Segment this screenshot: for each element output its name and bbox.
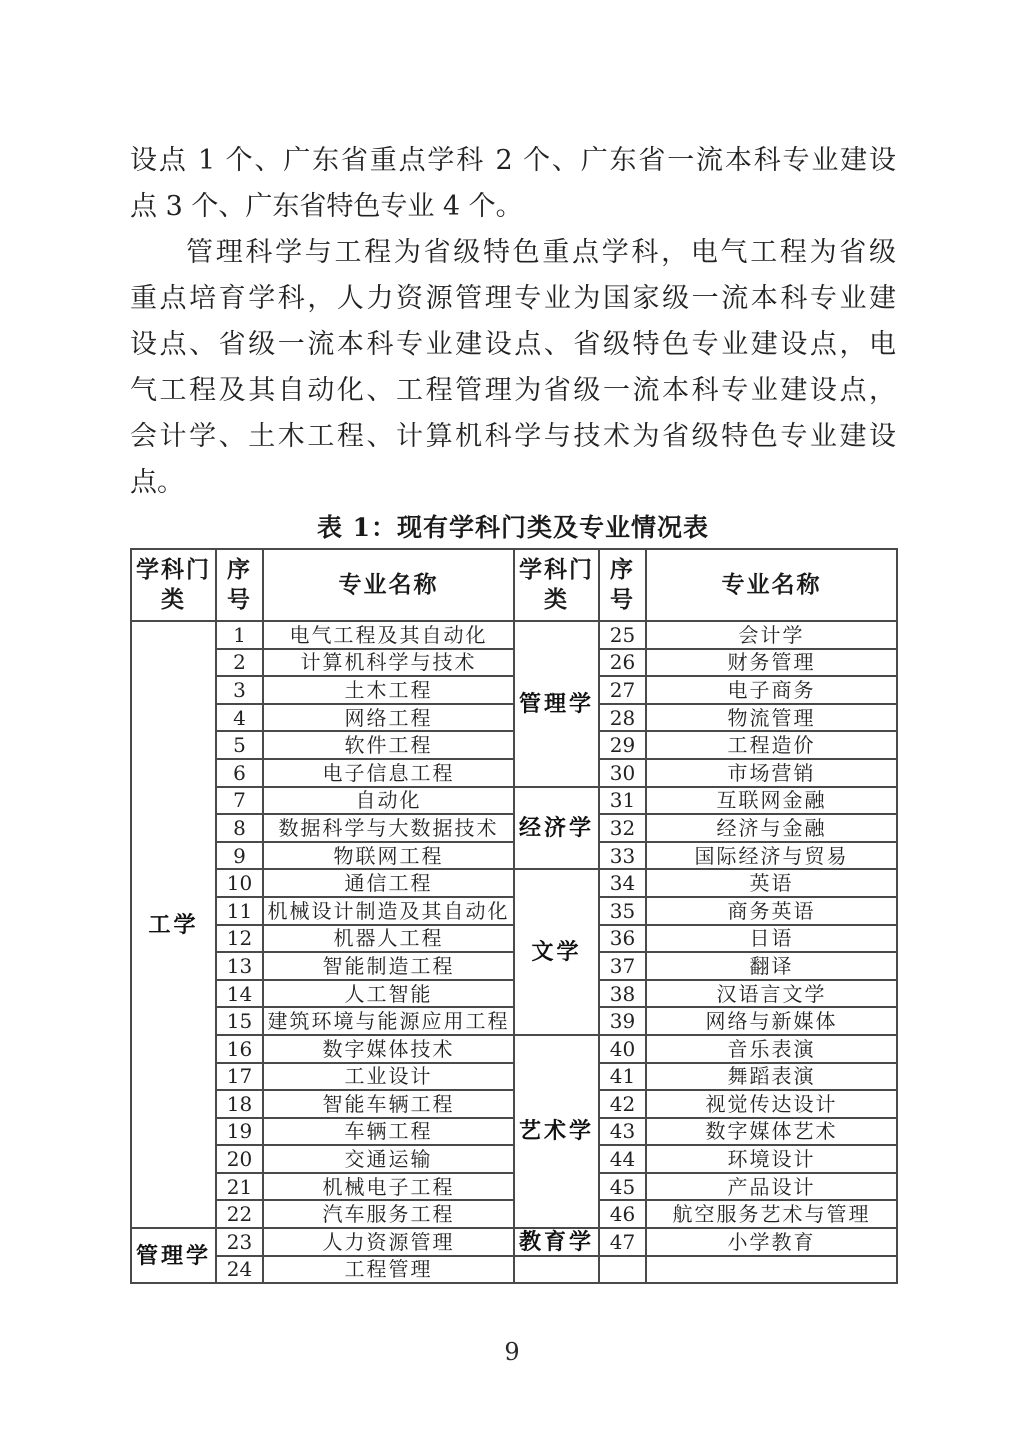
- major-name-cell: 汉语言文学: [646, 980, 897, 1008]
- major-name-cell: 计算机科学与技术: [263, 649, 514, 677]
- major-name-cell: 互联网金融: [646, 787, 897, 815]
- major-name-cell: 土木工程: [263, 676, 514, 704]
- body-paragraphs: 设点 1 个、广东省重点学科 2 个、广东省一流本科专业建设点 3 个、广东省特…: [130, 138, 896, 506]
- major-name-cell: 视觉传达设计: [646, 1090, 897, 1118]
- paragraph-line: 重点培育学科，人力资源管理专业为国家级一流本科专业建: [130, 276, 896, 322]
- discipline-category-cell: 管理学: [131, 1228, 216, 1283]
- document-page: 设点 1 个、广东省重点学科 2 个、广东省一流本科专业建设点 3 个、广东省特…: [0, 0, 1024, 1448]
- paragraph-line: 设点 1 个、广东省重点学科 2 个、广东省一流本科专业建设: [130, 138, 896, 184]
- paragraph: 设点 1 个、广东省重点学科 2 个、广东省一流本科专业建设点 3 个、广东省特…: [130, 138, 896, 230]
- major-number-cell: 20: [216, 1145, 263, 1173]
- major-number-cell: 34: [599, 869, 646, 897]
- major-number-cell: 19: [216, 1118, 263, 1146]
- major-number-cell: 13: [216, 952, 263, 980]
- major-name-cell: 网络与新媒体: [646, 1007, 897, 1035]
- paragraph-line: 点 3 个、广东省特色专业 4 个。: [130, 184, 896, 230]
- major-name-cell: 数字媒体艺术: [646, 1118, 897, 1146]
- major-number-cell: 10: [216, 869, 263, 897]
- major-name-cell: 环境设计: [646, 1145, 897, 1173]
- major-number-cell: 7: [216, 787, 263, 815]
- major-number-cell: 9: [216, 842, 263, 870]
- major-name-cell: 工程管理: [263, 1256, 514, 1284]
- discipline-category-cell: 管理学: [514, 621, 599, 787]
- major-number-cell: 14: [216, 980, 263, 1008]
- header-cell: 学科门类: [514, 549, 599, 621]
- major-number-cell: 29: [599, 731, 646, 759]
- major-number-cell: 31: [599, 787, 646, 815]
- major-number-cell: 12: [216, 925, 263, 953]
- major-number-cell: 21: [216, 1173, 263, 1201]
- header-cell: 序号: [599, 549, 646, 621]
- major-number-cell: 8: [216, 814, 263, 842]
- major-number-cell: 16: [216, 1035, 263, 1063]
- major-number-cell: 37: [599, 952, 646, 980]
- major-name-cell: 商务英语: [646, 897, 897, 925]
- table-title: 表 1：现有学科门类及专业情况表: [130, 510, 896, 546]
- major-name-cell: 建筑环境与能源应用工程: [263, 1007, 514, 1035]
- table-row: 工学1电气工程及其自动化管理学25会计学: [131, 621, 897, 649]
- major-name-cell: 市场营销: [646, 759, 897, 787]
- major-name-cell: 音乐表演: [646, 1035, 897, 1063]
- major-name-cell: 人力资源管理: [263, 1228, 514, 1256]
- major-number-cell: 15: [216, 1007, 263, 1035]
- major-number-cell: 41: [599, 1063, 646, 1091]
- major-number-cell: 5: [216, 731, 263, 759]
- discipline-category-cell: [514, 1256, 599, 1284]
- major-name-cell: 经济与金融: [646, 814, 897, 842]
- major-name-cell: 智能车辆工程: [263, 1090, 514, 1118]
- header-cell: 专业名称: [646, 549, 897, 621]
- major-name-cell: 电子商务: [646, 676, 897, 704]
- discipline-category-cell: 教育学: [514, 1228, 599, 1256]
- major-number-cell: 27: [599, 676, 646, 704]
- major-name-cell: 自动化: [263, 787, 514, 815]
- major-name-cell: 工程造价: [646, 731, 897, 759]
- major-number-cell: 2: [216, 649, 263, 677]
- major-number-cell: 36: [599, 925, 646, 953]
- major-number-cell: 44: [599, 1145, 646, 1173]
- major-name-cell: 翻译: [646, 952, 897, 980]
- major-name-cell: 网络工程: [263, 704, 514, 732]
- table-row: 管理学23人力资源管理教育学47小学教育: [131, 1228, 897, 1256]
- major-number-cell: 25: [599, 621, 646, 649]
- major-number-cell: 18: [216, 1090, 263, 1118]
- paragraph-line: 气工程及其自动化、工程管理为省级一流本科专业建设点，: [130, 368, 896, 414]
- major-number-cell: 4: [216, 704, 263, 732]
- major-number-cell: 32: [599, 814, 646, 842]
- major-name-cell: 数字媒体技术: [263, 1035, 514, 1063]
- major-number-cell: 28: [599, 704, 646, 732]
- header-cell: 序号: [216, 549, 263, 621]
- major-name-cell: 小学教育: [646, 1228, 897, 1256]
- major-name-cell: 软件工程: [263, 731, 514, 759]
- page-content: 设点 1 个、广东省重点学科 2 个、广东省一流本科专业建设点 3 个、广东省特…: [130, 138, 896, 1284]
- major-name-cell: 电子信息工程: [263, 759, 514, 787]
- page-number: 9: [0, 1338, 1024, 1366]
- major-name-cell: 工业设计: [263, 1063, 514, 1091]
- major-number-cell: 43: [599, 1118, 646, 1146]
- major-number-cell: 46: [599, 1200, 646, 1228]
- major-number-cell: 47: [599, 1228, 646, 1256]
- major-name-cell: 会计学: [646, 621, 897, 649]
- major-number-cell: 45: [599, 1173, 646, 1201]
- major-name-cell: 物联网工程: [263, 842, 514, 870]
- major-name-cell: 电气工程及其自动化: [263, 621, 514, 649]
- major-number-cell: [599, 1256, 646, 1284]
- major-name-cell: 航空服务艺术与管理: [646, 1200, 897, 1228]
- major-name-cell: 财务管理: [646, 649, 897, 677]
- major-number-cell: 42: [599, 1090, 646, 1118]
- major-name-cell: 机械设计制造及其自动化: [263, 897, 514, 925]
- major-number-cell: 24: [216, 1256, 263, 1284]
- table-row: 7自动化经济学31互联网金融: [131, 787, 897, 815]
- paragraph-line: 点。: [130, 460, 896, 506]
- major-number-cell: 6: [216, 759, 263, 787]
- table-row: 24工程管理: [131, 1256, 897, 1284]
- discipline-category-cell: 文学: [514, 869, 599, 1035]
- major-number-cell: 33: [599, 842, 646, 870]
- major-name-cell: [646, 1256, 897, 1284]
- major-number-cell: 39: [599, 1007, 646, 1035]
- header-cell: 学科门类: [131, 549, 216, 621]
- major-name-cell: 机器人工程: [263, 925, 514, 953]
- major-name-cell: 车辆工程: [263, 1118, 514, 1146]
- major-number-cell: 26: [599, 649, 646, 677]
- major-name-cell: 日语: [646, 925, 897, 953]
- discipline-category-cell: 工学: [131, 621, 216, 1228]
- major-number-cell: 35: [599, 897, 646, 925]
- major-number-cell: 1: [216, 621, 263, 649]
- major-name-cell: 国际经济与贸易: [646, 842, 897, 870]
- major-name-cell: 数据科学与大数据技术: [263, 814, 514, 842]
- major-name-cell: 机械电子工程: [263, 1173, 514, 1201]
- major-name-cell: 通信工程: [263, 869, 514, 897]
- major-name-cell: 舞蹈表演: [646, 1063, 897, 1091]
- discipline-category-cell: 艺术学: [514, 1035, 599, 1228]
- major-name-cell: 产品设计: [646, 1173, 897, 1201]
- table-header-row: 学科门类序号专业名称学科门类序号专业名称: [131, 549, 897, 621]
- paragraph-line: 会计学、土木工程、计算机科学与技术为省级特色专业建设: [130, 414, 896, 460]
- paragraph-line: 设点、省级一流本科专业建设点、省级特色专业建设点，电: [130, 322, 896, 368]
- major-name-cell: 物流管理: [646, 704, 897, 732]
- major-number-cell: 22: [216, 1200, 263, 1228]
- paragraph: 管理科学与工程为省级特色重点学科，电气工程为省级重点培育学科，人力资源管理专业为…: [130, 230, 896, 506]
- header-cell: 专业名称: [263, 549, 514, 621]
- major-number-cell: 23: [216, 1228, 263, 1256]
- discipline-category-cell: 经济学: [514, 787, 599, 870]
- major-name-cell: 英语: [646, 869, 897, 897]
- major-name-cell: 智能制造工程: [263, 952, 514, 980]
- major-number-cell: 3: [216, 676, 263, 704]
- major-number-cell: 40: [599, 1035, 646, 1063]
- major-number-cell: 17: [216, 1063, 263, 1091]
- major-number-cell: 30: [599, 759, 646, 787]
- major-name-cell: 交通运输: [263, 1145, 514, 1173]
- table-row: 10通信工程文学34英语: [131, 869, 897, 897]
- majors-table: 学科门类序号专业名称学科门类序号专业名称 工学1电气工程及其自动化管理学25会计…: [130, 548, 898, 1284]
- major-name-cell: 汽车服务工程: [263, 1200, 514, 1228]
- paragraph-line: 管理科学与工程为省级特色重点学科，电气工程为省级: [130, 230, 896, 276]
- major-name-cell: 人工智能: [263, 980, 514, 1008]
- table-row: 16数字媒体技术艺术学40音乐表演: [131, 1035, 897, 1063]
- major-number-cell: 38: [599, 980, 646, 1008]
- major-number-cell: 11: [216, 897, 263, 925]
